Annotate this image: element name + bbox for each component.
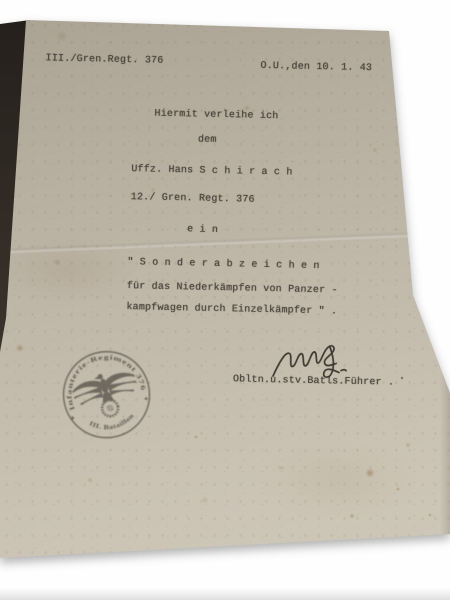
recipient-name-line: Uffz. Hans S c h i r a c h (131, 164, 292, 179)
award-name-line-3: kampfwagen durch Einzelkämpfer " . (126, 302, 337, 318)
intro-line: Hiermit verleihe ich (154, 109, 278, 124)
stamp-separator-left: ✦ (70, 414, 77, 422)
signature-scrawl-icon (269, 342, 360, 384)
dem-line: dem (198, 135, 217, 147)
award-name-line-1: " S o n d e r a b z e i c h e n (127, 257, 319, 273)
document-content: III./Gren.Regt. 376 O.U.,den 10. 1. 43 H… (0, 0, 450, 600)
stamp-ring-bottom-text: III. Bataillon (87, 409, 138, 437)
ein-line: e i n (187, 224, 218, 237)
header-date-line: O.U.,den 10. 1. 43 (260, 61, 372, 75)
paper-wrapper: III./Gren.Regt. 376 O.U.,den 10. 1. 43 H… (0, 0, 450, 600)
header-unit-line: III./Gren.Regt. 376 (45, 53, 163, 67)
svg-text:III. Bataillon: III. Bataillon (87, 409, 138, 437)
photo-bottom-shadow (0, 588, 450, 600)
recipient-unit-line: 12./ Gren. Regt. 376 (131, 192, 255, 207)
award-name-line-2: für das Niederkämpfen von Panzer - (127, 281, 338, 297)
document-paper: III./Gren.Regt. 376 O.U.,den 10. 1. 43 H… (0, 0, 450, 600)
unit-stamp: Infanterie-Regiment 376 III. Bataillon ✦… (45, 333, 167, 455)
photo-background: III./Gren.Regt. 376 O.U.,den 10. 1. 43 H… (0, 0, 450, 600)
